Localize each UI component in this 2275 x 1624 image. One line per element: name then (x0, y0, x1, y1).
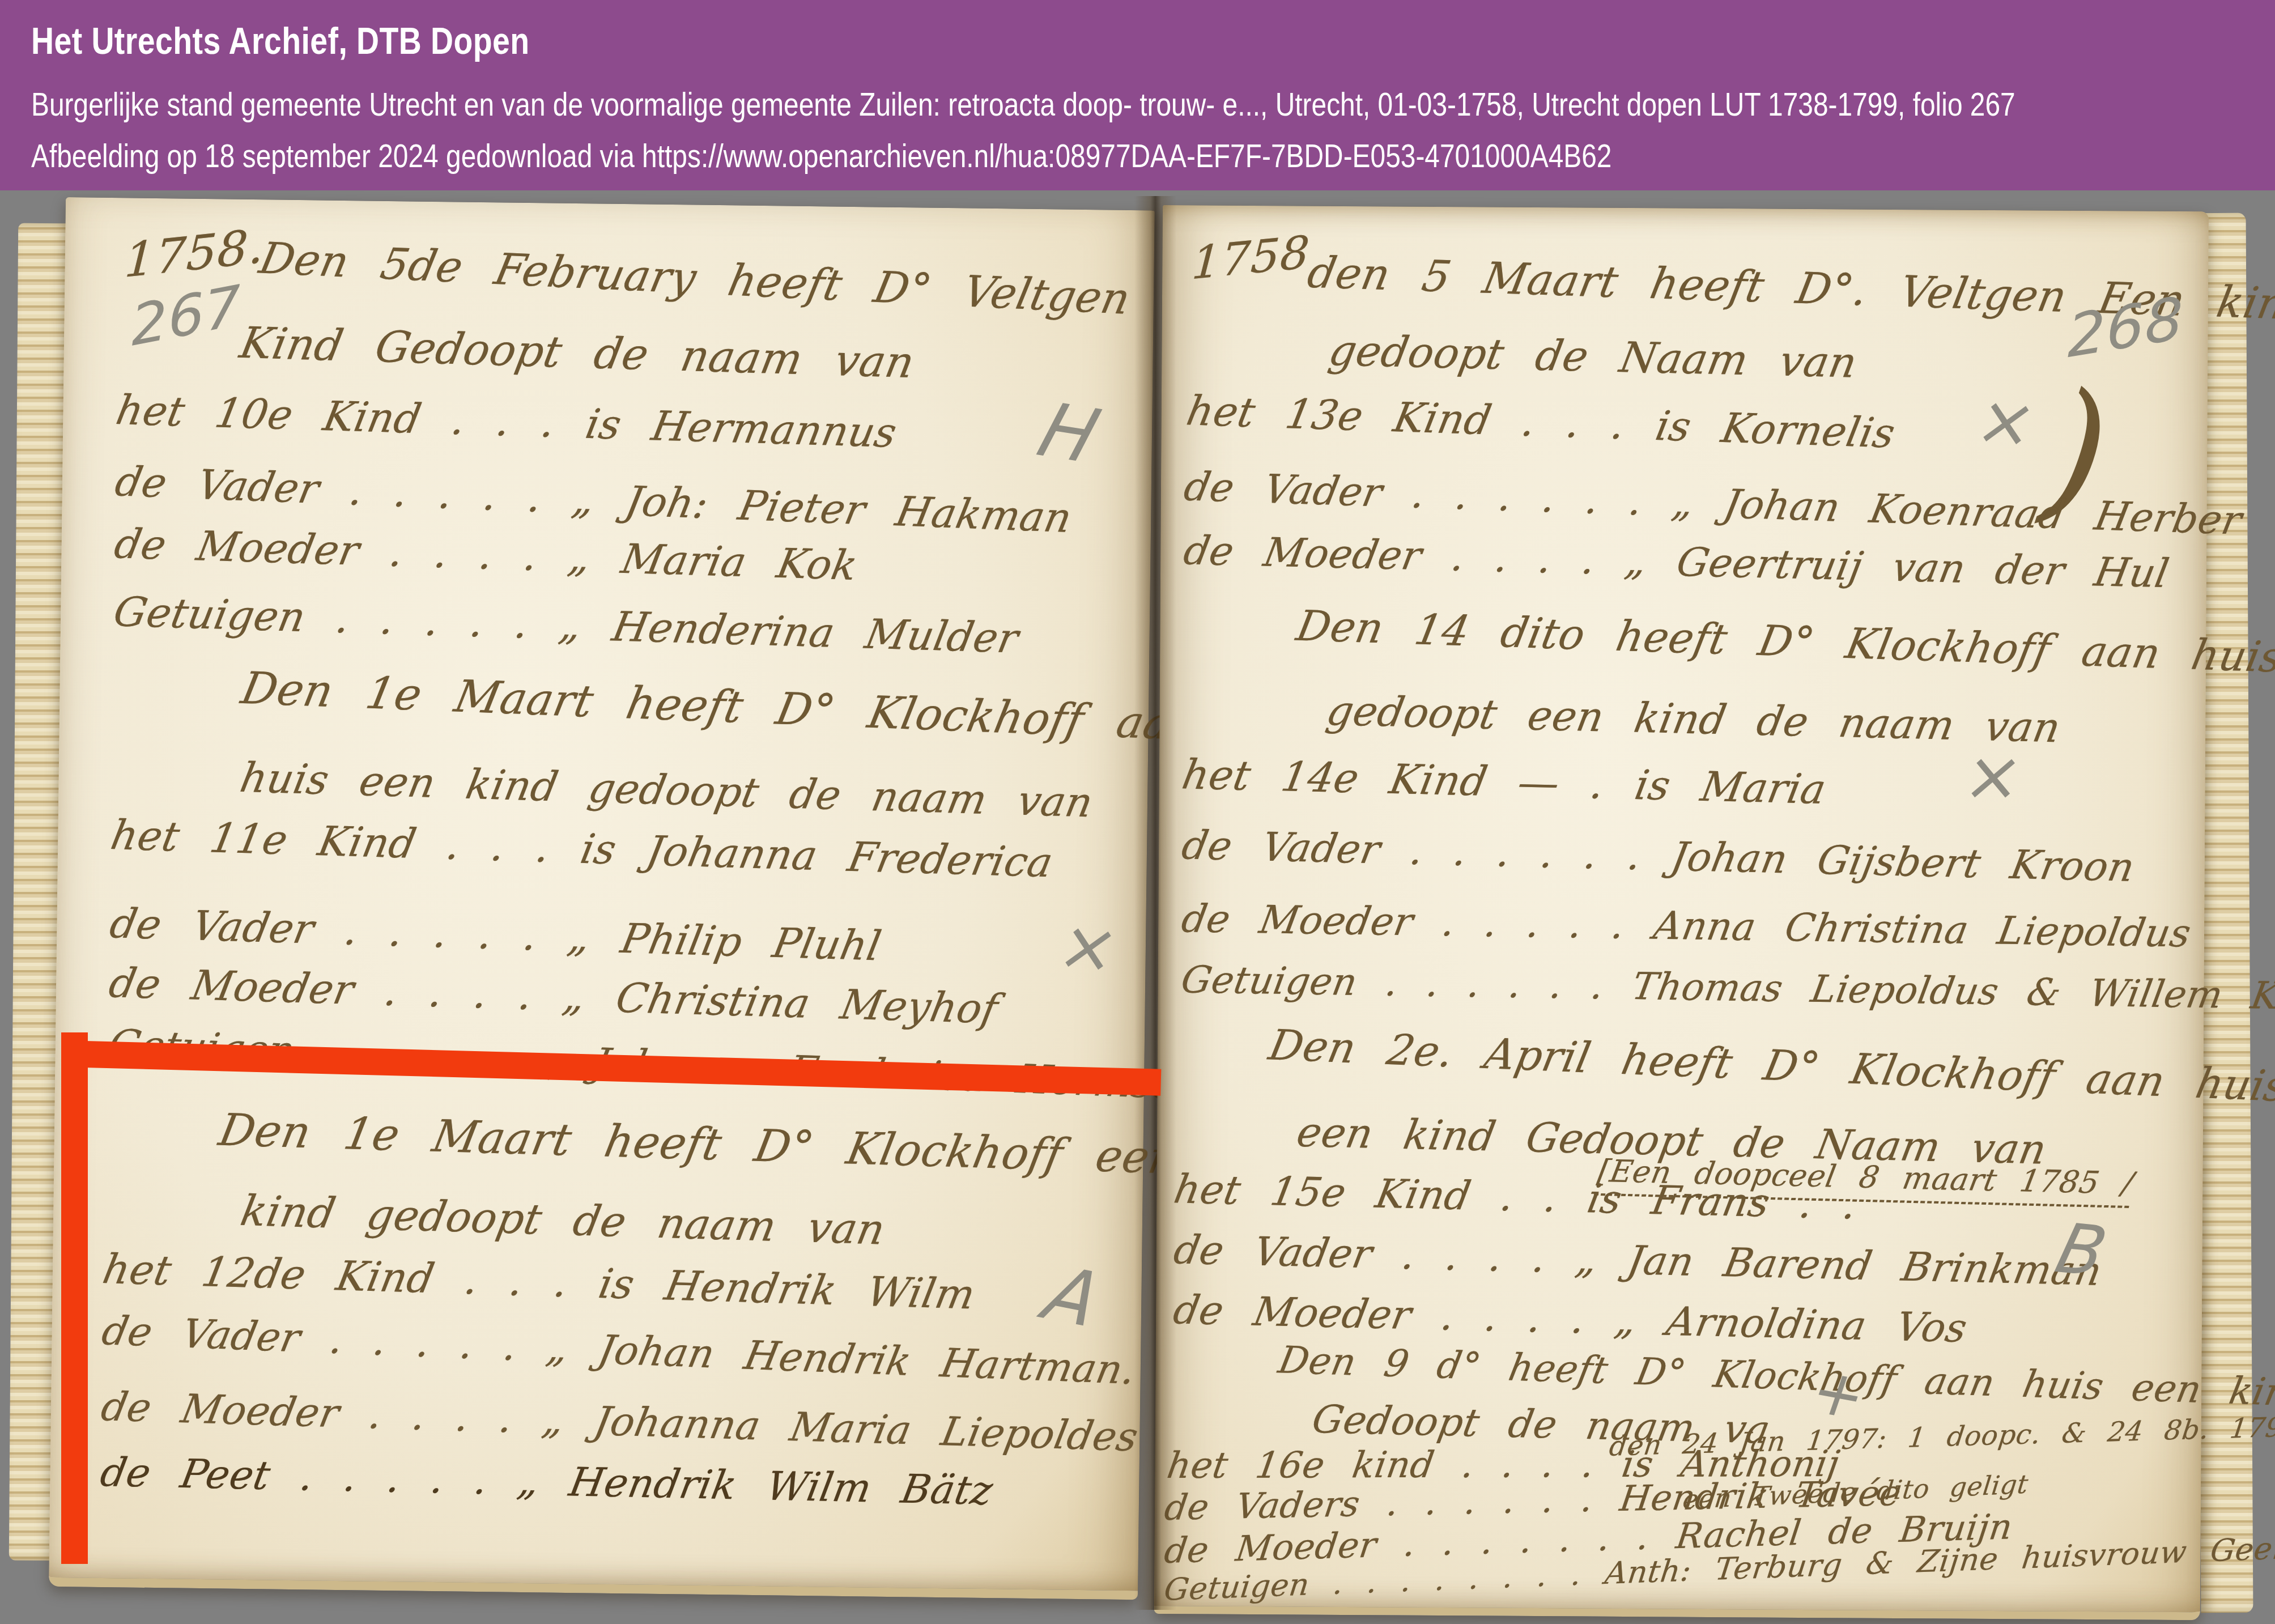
screenshot-root: Het Utrechts Archief, DTB Dopen Burgerli… (0, 0, 2275, 1624)
pencil-mark: × (1051, 905, 1127, 989)
baptism-entry-text: huis een kind gedoopt de naam van (237, 754, 1097, 826)
baptism-entry-date-line: Den 2e. April heeft D° Klockhoff aan hui… (1265, 1021, 2275, 1111)
right-page-folio-268: 1758 den 5 Maart heeft D°. Veltgen Een k… (1154, 205, 2209, 1620)
child-row: het 11e Kind . . . is Johanna Frederica (107, 811, 1057, 886)
baptism-entry-text: gedoopt de Naam van (1325, 326, 1861, 388)
baptism-entry-text: Kind Gedoopt de naam van (236, 317, 919, 388)
mother-row: de Moeder . . . . „ Johanna Maria Liepol… (97, 1383, 1142, 1460)
mother-row: de Moeder . . . . . Anna Christina Liepo… (1178, 896, 2194, 956)
pencil-mark: A (1034, 1250, 1112, 1344)
child-row: het 12de Kind . . . is Hendrik Wilm (99, 1245, 979, 1318)
baptism-entry-date-line: Den 1e Maart heeft D° Klockhoff aan (237, 663, 1204, 751)
baptism-entry-date-line: Den 1e Maart heeft D° Klockhoff een (215, 1105, 1183, 1184)
father-row: de Vader . . . . . . Johan Gijsbert Kroo… (1179, 822, 2138, 891)
baptism-entry-date-line: Den 5de February heeft D° Veltgen een (256, 232, 1247, 329)
register-scan: 1758. Den 5de February heeft D° Veltgen … (0, 190, 2275, 1624)
pencil-mark: H (1029, 386, 1109, 480)
archive-title: Het Utrechts Archief, DTB Dopen (31, 19, 530, 62)
mother-row: de Moeder . . . . „ Christina Meyhof (105, 959, 1002, 1032)
year-heading: 1758 (1190, 226, 1311, 290)
child-row: het 14e Kind — . is Maria (1179, 750, 1830, 813)
mother-row: de Moeder . . . . „ Geertruij van der Hu… (1180, 527, 2173, 597)
child-row: het 10e Kind . . . is Hermannus (113, 386, 901, 457)
baptism-entry-date-line: Den 14 dito heeft D° Klockhoff aan huis (1292, 602, 2275, 682)
witness-row: Getuigen . . . . . . Thomas Liepoldus & … (1178, 958, 2275, 1019)
pencil-mark: × (1958, 737, 2029, 816)
pencil-mark: B (2048, 1209, 2114, 1292)
pencil-mark: × (1968, 380, 2044, 464)
source-description: Burgerlijke stand gemeente Utrecht en va… (31, 86, 2015, 124)
godparent-row: de Peet . . . . . „ Hendrik Wilm Bätz (97, 1449, 997, 1514)
father-row: de Vader . . . . . „ Philip Pluhl (106, 899, 885, 970)
left-page-folio-267: 1758. Den 5de February heeft D° Veltgen … (49, 197, 1155, 1600)
baptism-entry-text: kind gedoopt de naam van (237, 1187, 889, 1255)
highlight-line-vertical (61, 1032, 88, 1564)
archive-metadata-banner: Het Utrechts Archief, DTB Dopen Burgerli… (0, 0, 2275, 190)
year-heading: 1758. (123, 218, 265, 288)
father-row: de Vader . . . . „ Jan Barend Brinkman (1170, 1226, 2106, 1295)
child-row: het 13e Kind . . . is Kornelis (1183, 386, 1899, 457)
baptism-entry-text: gedoopt een kind de naam van (1323, 687, 2064, 751)
mother-row: de Moeder . . . . „ Maria Kok (111, 520, 862, 589)
download-provenance-note: Afbeelding op 18 september 2024 gedownlo… (31, 138, 1612, 175)
witness-row: Getuigen . . . . . „ Henderina Mulder (110, 588, 1022, 662)
